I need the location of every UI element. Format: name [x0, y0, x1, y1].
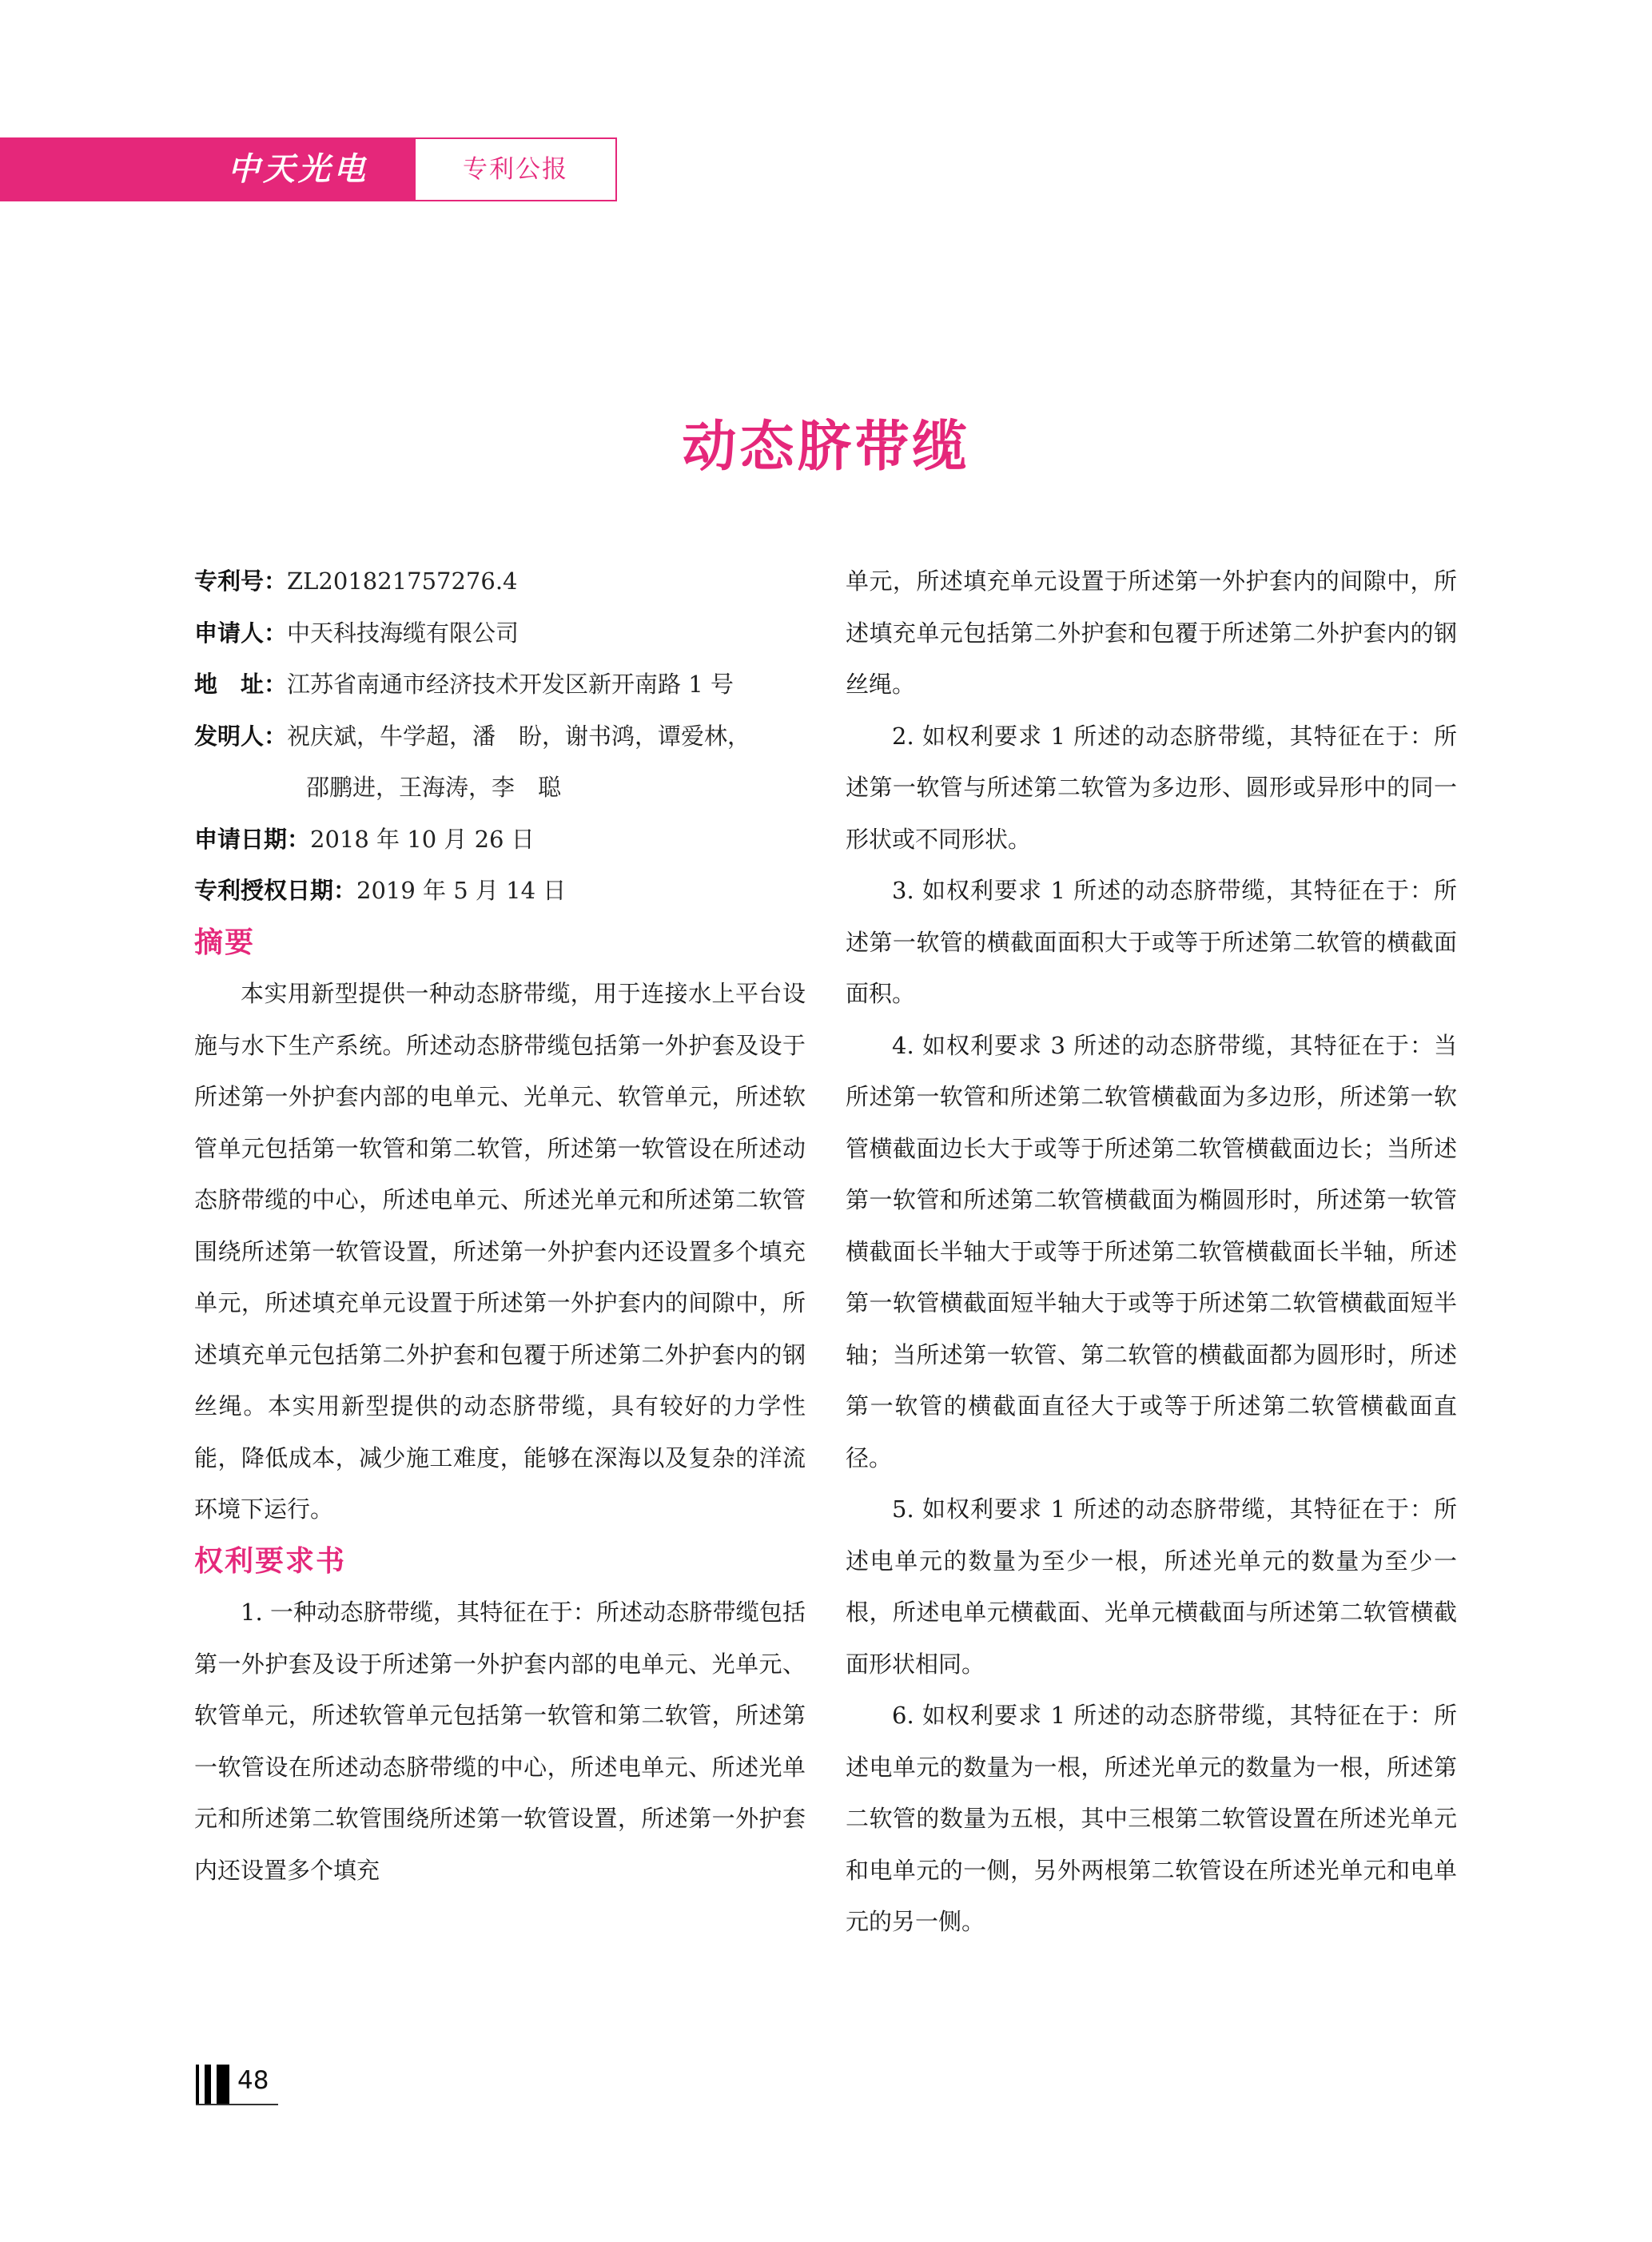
meta-value: 中天科技海缆有限公司	[287, 607, 519, 659]
brand-logo: 中天光电	[228, 137, 404, 201]
meta-value: 2019 年 5 月 14 日	[356, 865, 566, 917]
meta-label: 地 址：	[194, 659, 287, 711]
claim-1-cont: 单元，所述填充单元设置于所述第一外护套内的间隙中，所述填充单元包括第二外护套和包…	[846, 556, 1457, 711]
footer-rule	[196, 2104, 278, 2105]
right-column: 单元，所述填充单元设置于所述第一外护套内的间隙中，所述填充单元包括第二外护套和包…	[846, 556, 1457, 1948]
page-number: 48	[237, 2066, 269, 2095]
abstract-text: 本实用新型提供一种动态脐带缆，用于连接水上平台设施与水下生产系统。所述动态脐带缆…	[194, 968, 806, 1535]
claim-1: 1. 一种动态脐带缆，其特征在于：所述动态脐带缆包括第一外护套及设于所述第一外护…	[194, 1587, 806, 1896]
meta-patent-no: 专利号： ZL201821757276.4	[194, 556, 806, 607]
claims-heading: 权利要求书	[194, 1535, 806, 1587]
meta-label: 专利授权日期：	[194, 865, 356, 917]
meta-inventors-cont: 邵鹏进，王海涛，李 聪	[194, 762, 806, 814]
claim-3: 3. 如权利要求 1 所述的动态脐带缆，其特征在于：所述第一软管的横截面面积大于…	[846, 865, 1457, 1020]
claim-4: 4. 如权利要求 3 所述的动态脐带缆，其特征在于：当所述第一软管和所述第二软管…	[846, 1020, 1457, 1484]
meta-value: 邵鹏进，王海涛，李 聪	[306, 762, 561, 814]
meta-filing-date: 申请日期： 2018 年 10 月 26 日	[194, 814, 806, 866]
page-title: 动态脐带缆	[0, 404, 1652, 481]
meta-inventors: 发明人： 祝庆斌，牛学超，潘 盼，谢书鸿，谭爱林，	[194, 711, 806, 763]
section-label: 专利公报	[414, 137, 617, 201]
claim-5: 5. 如权利要求 1 所述的动态脐带缆，其特征在于：所述电单元的数量为至少一根，…	[846, 1483, 1457, 1690]
claim-6: 6. 如权利要求 1 所述的动态脐带缆，其特征在于：所述电单元的数量为一根，所述…	[846, 1690, 1457, 1948]
meta-value: 祝庆斌，牛学超，潘 盼，谢书鸿，谭爱林，	[287, 711, 750, 763]
meta-label: 申请日期：	[194, 814, 310, 866]
claim-2: 2. 如权利要求 1 所述的动态脐带缆，其特征在于：所述第一软管与所述第二软管为…	[846, 711, 1457, 866]
meta-address: 地 址： 江苏省南通市经济技术开发区新开南路 1 号	[194, 659, 806, 711]
meta-label: 专利号：	[194, 556, 287, 607]
meta-applicant: 申请人： 中天科技海缆有限公司	[194, 607, 806, 659]
meta-value: ZL201821757276.4	[287, 556, 518, 607]
abstract-heading: 摘要	[194, 917, 806, 969]
meta-value: 2018 年 10 月 26 日	[310, 814, 535, 866]
meta-grant-date: 专利授权日期： 2019 年 5 月 14 日	[194, 865, 806, 917]
left-column: 专利号： ZL201821757276.4 申请人： 中天科技海缆有限公司 地 …	[194, 556, 806, 1896]
meta-label: 申请人：	[194, 607, 287, 659]
meta-value: 江苏省南通市经济技术开发区新开南路 1 号	[287, 659, 734, 711]
meta-label: 发明人：	[194, 711, 287, 763]
